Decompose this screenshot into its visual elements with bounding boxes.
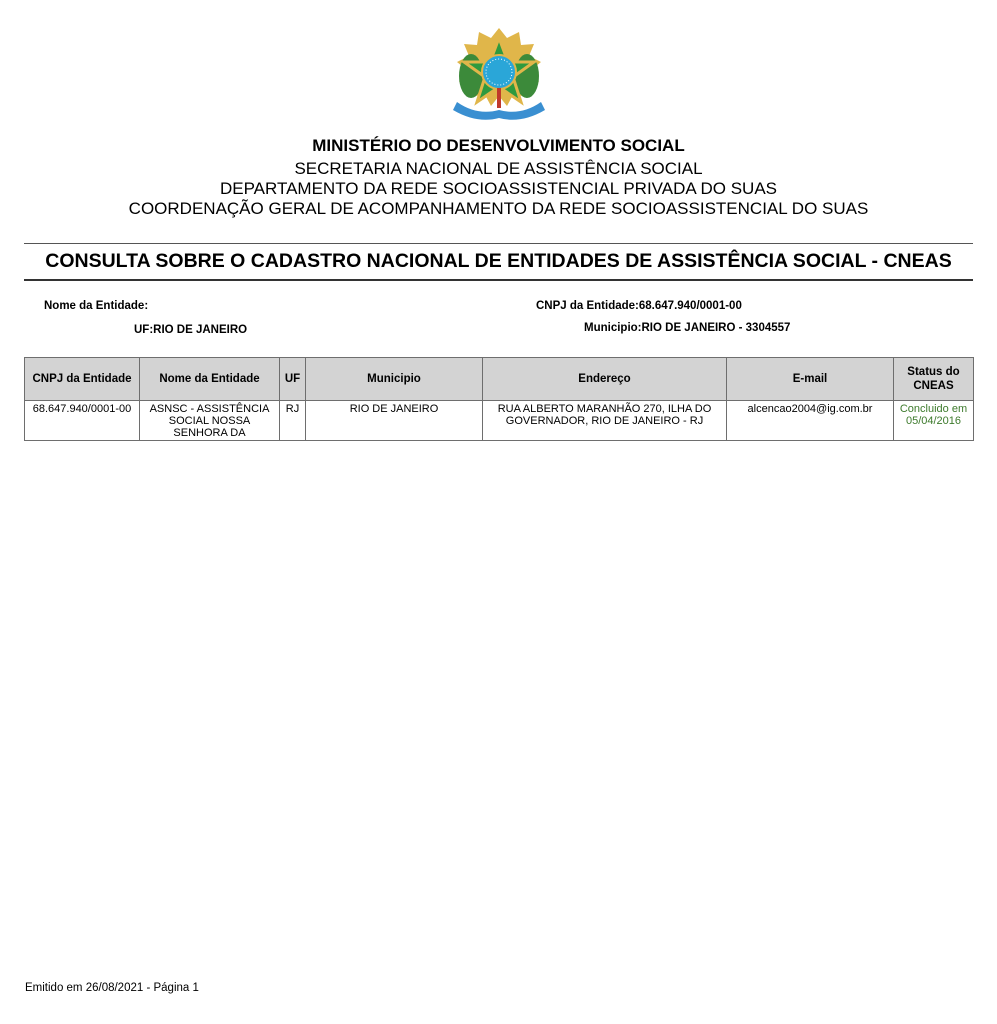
filter-uf: UF:RIO DE JANEIRO: [134, 324, 247, 336]
report-title: CONSULTA SOBRE O CADASTRO NACIONAL DE EN…: [0, 250, 997, 273]
col-header-status: Status do CNEAS: [894, 358, 974, 401]
coordination-heading: COORDENAÇÃO GERAL DE ACOMPANHAMENTO DA R…: [0, 199, 997, 219]
table-header-row: CNPJ da Entidade Nome da Entidade UF Mun…: [25, 358, 974, 401]
title-top-divider: [24, 243, 973, 244]
filter-cnpj-label: CNPJ da Entidade:: [536, 300, 639, 312]
cell-email: alcencao2004@ig.com.br: [727, 401, 894, 441]
filter-cnpj: CNPJ da Entidade:68.647.940/0001-00: [536, 300, 742, 312]
col-header-nome: Nome da Entidade: [140, 358, 280, 401]
cell-municipio: RIO DE JANEIRO: [306, 401, 483, 441]
col-header-endereco: Endereço: [483, 358, 727, 401]
ministry-heading: MINISTÉRIO DO DESENVOLVIMENTO SOCIAL: [0, 136, 997, 156]
col-header-municipio: Municipio: [306, 358, 483, 401]
filter-cnpj-value: 68.647.940/0001-00: [639, 300, 742, 312]
filter-uf-value: RIO DE JANEIRO: [153, 324, 247, 336]
cell-cnpj: 68.647.940/0001-00: [25, 401, 140, 441]
filter-municipio-value: RIO DE JANEIRO - 3304557: [642, 322, 791, 334]
filter-nome-entidade: Nome da Entidade:: [44, 300, 148, 312]
cell-uf: RJ: [280, 401, 306, 441]
filter-municipio-label: Municipio:: [584, 322, 642, 334]
filter-nome-label: Nome da Entidade:: [44, 300, 148, 312]
col-header-cnpj: CNPJ da Entidade: [25, 358, 140, 401]
department-heading: DEPARTAMENTO DA REDE SOCIOASSISTENCIAL P…: [0, 179, 997, 199]
table-row: 68.647.940/0001-00 ASNSC - ASSISTÊNCIA S…: [25, 401, 974, 441]
brazil-coat-of-arms-icon: [449, 26, 549, 122]
secretariat-heading: SECRETARIA NACIONAL DE ASSISTÊNCIA SOCIA…: [0, 159, 997, 179]
filter-uf-label: UF:: [134, 324, 153, 336]
title-bottom-divider: [24, 279, 973, 281]
footer-emission-info: Emitido em 26/08/2021 - Página 1: [25, 982, 199, 994]
cell-nome: ASNSC - ASSISTÊNCIA SOCIAL NOSSA SENHORA…: [140, 401, 280, 441]
col-header-uf: UF: [280, 358, 306, 401]
cell-status: Concluido em 05/04/2016: [894, 401, 974, 441]
cell-endereco: RUA ALBERTO MARANHÃO 270, ILHA DO GOVERN…: [483, 401, 727, 441]
col-header-email: E-mail: [727, 358, 894, 401]
results-table: CNPJ da Entidade Nome da Entidade UF Mun…: [24, 357, 974, 441]
filter-municipio: Municipio:RIO DE JANEIRO - 3304557: [584, 322, 790, 334]
